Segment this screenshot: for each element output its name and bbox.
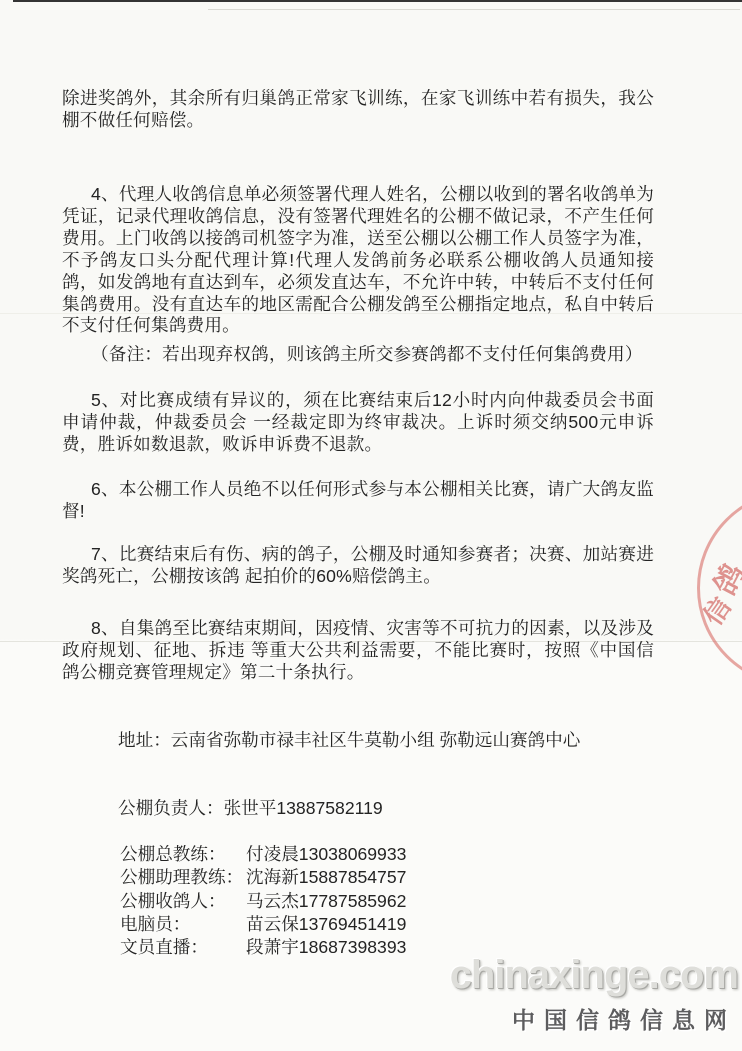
scan-edge-line [13, 0, 742, 2]
paragraph-rule-7: 7、比赛结束后有伤、病的鸽子，公棚及时通知参赛者；决赛、加站赛进奖鸽死亡，公棚按… [62, 544, 654, 588]
scan-edge-line-faint [208, 9, 740, 10]
contact-row-computer-operator: 电脑员： 苗云保13769451419 [120, 913, 406, 936]
chinaxinge-watermark-chinese: 中国信鸽信息网 [512, 1002, 736, 1035]
paragraph-rule-5: 5、对比赛成绩有异议的，须在比赛结束后12小时内向仲裁委员会书面申请仲裁，仲裁委… [62, 390, 654, 456]
contact-list: 公棚总教练： 付凌晨13038069933 公棚助理教练： 沈海新1588785… [120, 843, 406, 959]
contact-row-assistant-coach: 公棚助理教练： 沈海新15887854757 [120, 866, 406, 889]
address-line: 地址：云南省弥勒市禄丰社区牛莫勒小组 弥勒远山赛鸽中心 [118, 729, 580, 751]
contact-row-head-coach: 公棚总教练： 付凌晨13038069933 [120, 843, 406, 866]
remark-note: （备注：若出现弃权鸽，则该鸽主所交参赛鸽都不支付任何集鸽费用） [62, 344, 654, 366]
paragraph-rule-6: 6、本公棚工作人员绝不以任何形式参与本公棚相关比赛，请广大鸽友监督! [62, 479, 654, 523]
contact-row-pigeon-collector: 公棚收鸽人： 马云杰17787585962 [120, 890, 406, 913]
scanned-document-page: 除进奖鸽外，其余所有归巢鸽正常家飞训练，在家飞训练中若有损失，我公棚不做任何赔偿… [0, 0, 742, 1051]
paragraph-rule-8: 8、自集鸽至比赛结束期间，因疫情、灾害等不可抗力的因素，以及涉及政府规划、征地、… [62, 618, 654, 684]
stamp-glyph: 信 [693, 589, 738, 632]
contact-value: 苗云保13769451419 [246, 913, 406, 936]
contact-row-clerk-livestream: 文员直播： 段萧宇18687398393 [120, 936, 406, 959]
stamp-glyph: 鸽 [701, 554, 742, 601]
paragraph-rule-4: 4、代理人收鸽信息单必须签署代理人姓名，公棚以收到的署名收鸽单为凭证，记录代理收… [62, 184, 654, 337]
contact-label: 公棚助理教练： [120, 866, 246, 889]
manager-line: 公棚负责人：张世平13887582119 [118, 797, 383, 819]
stamp-circle-arc [697, 490, 742, 686]
paragraph-carryover: 除进奖鸽外，其余所有归巢鸽正常家飞训练，在家飞训练中若有损失，我公棚不做任何赔偿… [62, 88, 654, 132]
contact-value: 段萧宇18687398393 [246, 936, 406, 959]
contact-value: 付凌晨13038069933 [246, 843, 406, 866]
chinaxinge-watermark-logo: chinaxinge.com [450, 953, 738, 998]
contact-label: 电脑员： [120, 913, 246, 936]
contact-value: 沈海新15887854757 [246, 866, 406, 889]
contact-label: 公棚总教练： [120, 843, 246, 866]
contact-label: 文员直播： [120, 936, 246, 959]
contact-label: 公棚收鸽人： [120, 890, 246, 913]
contact-value: 马云杰17787585962 [246, 890, 406, 913]
